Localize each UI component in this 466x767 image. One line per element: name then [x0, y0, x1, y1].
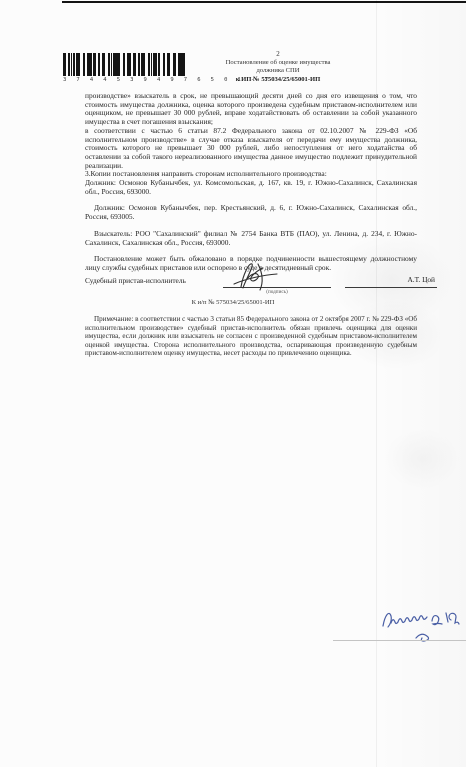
page-number: 2 [192, 50, 364, 58]
bailiff-name: А.Т. Цой [407, 275, 435, 284]
barcode-digits: 3 7 4 4 5 3 9 4 9 7 6 5 0 1 - 3 [63, 77, 187, 83]
document-body: производстве» взыскатель в срок, не прев… [85, 92, 417, 273]
header-case-reference: к ИП № 575034/25/65001-ИП [192, 76, 364, 84]
document-header: 2 Постановление об оценке имущества долж… [192, 50, 364, 84]
handwritten-signature-blue [380, 600, 462, 652]
body-paragraph: производстве» взыскатель в срок, не прев… [85, 92, 417, 127]
document-title-line2: должника СПИ [192, 67, 364, 75]
body-paragraph: в соответствии с частью 6 статьи 87.2 Фе… [85, 127, 417, 171]
document-title-line1: Постановление об оценке имущества [192, 59, 364, 67]
signature-block: Судебный пристав-исполнитель (подпись) А… [85, 268, 437, 298]
note-section: Примечание: в соответствии с частью 3 ст… [85, 315, 417, 358]
name-line [345, 287, 437, 288]
fold-crease-horizontal [333, 640, 466, 641]
barcode-bars [63, 53, 187, 76]
signature-caption: (подпись) [223, 289, 331, 295]
note-paragraph: Примечание: в соответствии с частью 3 ст… [85, 315, 417, 358]
document-barcode: 3 7 4 4 5 3 9 4 9 7 6 5 0 1 - 3 [63, 53, 187, 83]
bailiff-title-label: Судебный пристав-исполнитель [85, 276, 186, 285]
scanned-document-page: 3 7 4 4 5 3 9 4 9 7 6 5 0 1 - 3 2 Постан… [0, 0, 466, 767]
body-paragraph: Взыскатель: РОО "Сахалинский" филиал № 2… [85, 230, 417, 247]
stamp-ghost-artifact [384, 428, 460, 490]
case-reference: К и/п № 575034/25/65001-ИП [0, 299, 466, 306]
body-paragraph: Должник: Осмонов Кубанычбек, пер. Кресть… [85, 204, 417, 221]
body-paragraph: Должник: Осмонов Кубанычбек, ул. Комсомо… [85, 179, 417, 196]
